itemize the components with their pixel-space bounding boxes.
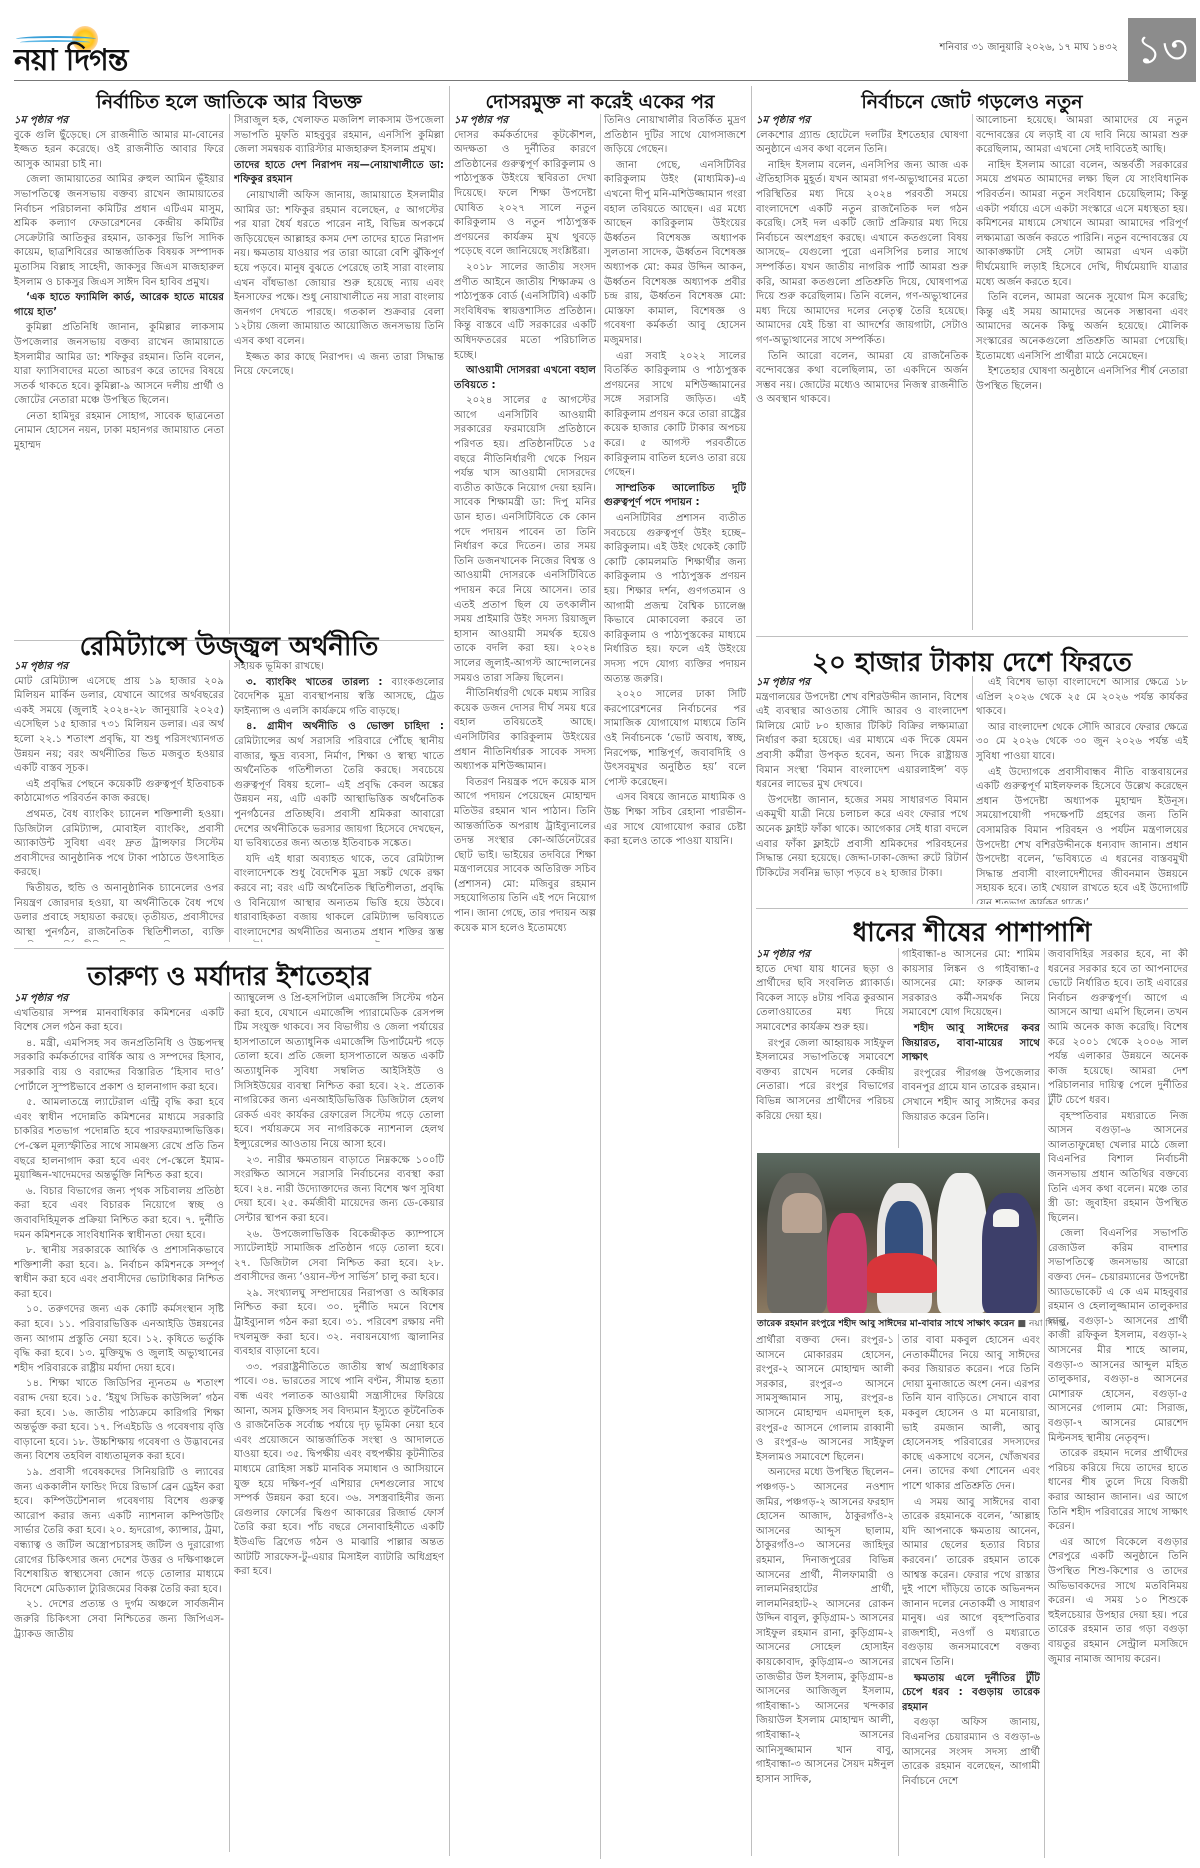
paragraph: রংপুরের পীরগঞ্জ উপজেলার বাবনপুর গ্রামে য… (902, 1067, 1040, 1125)
section-divider (14, 948, 444, 949)
paragraph: প্রার্থীরা বক্তব্য দেন। রংপুর-১ আসনে মোক… (756, 1334, 894, 1465)
paragraph: বগুড়া অফিস জানায়, বিএনপির চেয়ারম্যান … (902, 1716, 1040, 1789)
masthead-rule (14, 80, 1128, 81)
paragraph: এসব বিষয়ে জানতে মাধ্যমিক ও উচ্চ শিক্ষা … (604, 791, 746, 849)
paragraph: যদি এই ধারা অব্যাহত থাকে, তবে রেমিট্যান্… (234, 853, 444, 942)
paragraph: আর বাংলাদেশ থেকে সৌদি আরবে ফেরার ক্ষেত্র… (976, 721, 1188, 765)
caption-credit: ■ নয়া দিগন্ত (1014, 1318, 1065, 1329)
article-remittance-col2: সহায়ক ভূমিকা রাখছে। ৩. ব্যাংকিং খাতের ত… (234, 660, 444, 942)
paragraph: মোট রেমিট্যান্স এসেছে প্রায় ১৯ হাজার ২০… (14, 675, 224, 777)
paragraph: প্রথমত, বৈধ ব্যাংকিং চ্যানেল শক্তিশালী হ… (14, 808, 224, 881)
paragraph: ১০. তরুণদের জন্য এক কোটি কর্মসংস্থান সৃষ… (14, 1303, 224, 1376)
paragraph: মন্ত্রণালয়ের উপদেষ্টা শেখ বশিরউদ্দীন জা… (756, 691, 968, 793)
paragraph: এই বিশেষ ভাড়া বাংলাদেশে আসার ক্ষেত্রে ১… (976, 676, 1188, 720)
article-jote-col1: ১ম পৃষ্ঠার পর লেকশোর গ্র্যান্ড হোটেলে দল… (756, 114, 968, 630)
paragraph: তার বাবা মকবুল হোসেন এবং নেতাকর্মীদের নি… (902, 1334, 1040, 1495)
paragraph: ৮. স্থানীয় সরকারকে আর্থিক ও প্রশাসনিকভা… (14, 1244, 224, 1302)
subheading: সাম্প্রতিক আলোচিত দুটি গুরুত্বপূর্ণ পদে … (604, 482, 746, 511)
subheading: আওয়ামী দোসররা এখনো বহাল তবিয়তে : (454, 364, 596, 393)
paragraph: এ সময় আবু সাঈদের বাবা তারেক রহমানকে বলে… (902, 1496, 1040, 1671)
paragraph: এর আগে বিকেলে বগুড়ার শেরপুরে একটি অনুষ্… (1048, 1536, 1188, 1667)
continued-label: ১ম পৃষ্ঠার পর (756, 948, 894, 963)
article-doshor-col1: ১ম পৃষ্ঠার পর দোসর কর্মকর্তাদের কূটকৌশল,… (454, 114, 596, 1859)
continued-label: ১ম পৃষ্ঠার পর (14, 992, 224, 1007)
column-divider (229, 992, 230, 1852)
paragraph: নেতা হামিদুর রহমান সোহাগ, সাবেক ছাত্রনেত… (14, 410, 224, 454)
paragraph: ইশতেহার ঘোষণা অনুষ্ঠানে এনসিপির শীর্ষ নে… (976, 365, 1188, 394)
subheading: শহীদ আবু সাঈদের কবর জিয়ারত, বাবা-মায়ের… (902, 1022, 1040, 1066)
paragraph: তিনি বলেন, আমরা অনেক সুযোগ মিস করেছি; কি… (976, 291, 1188, 364)
paragraph: ২৯. সংখ্যালঘু সম্প্রদায়ের নিরাপত্তা ও অ… (234, 1287, 444, 1360)
paragraph: নোয়াখালী অফিস জানায়, জামায়াতে ইসলামীর… (234, 189, 444, 350)
paragraph: এই উদ্যোগকে প্রবাসীবান্ধব নীতি বাস্তবায়… (976, 766, 1188, 904)
paragraph: ৬. বিচার বিভাগের জন্য পৃথক সচিবালয় প্রত… (14, 1185, 224, 1243)
article-hajar20-col2: এই বিশেষ ভাড়া বাংলাদেশে আসার ক্ষেত্রে ১… (976, 676, 1188, 904)
paragraph: হাতে দেখা যায় ধানের ছড়া ও প্রার্থীদের … (756, 963, 894, 1036)
paragraph: জেলা বিএনপির সভাপতি রেজাউল করিম বাদশার স… (1048, 1227, 1188, 1446)
paragraph: ২৩. নারীর ক্ষমতায়ন বাড়াতে নিম্নকক্ষে ১… (234, 1154, 444, 1227)
newspaper-logo[interactable]: নয়া দিগন্ত (14, 22, 174, 78)
paragraph: জেলা জামায়াতের আমির রুহুল আমিন ভূঁইয়ার… (14, 173, 224, 290)
continued-label: ১ম পৃষ্ঠার পর (14, 660, 224, 675)
section-divider-vertical (751, 86, 752, 1856)
paragraph: জবাবদিহির সরকার হবে, না কী ধরনের সরকার হ… (1048, 948, 1188, 1109)
paragraph: ২০২৪ সালের ৫ আগস্টের আগে এনসিটিবি আওয়াম… (454, 394, 596, 686)
dateline: শনিবার ৩১ জানুয়ারি ২০২৬, ১৭ মাঘ ১৪৩২ (939, 40, 1118, 57)
news-photo[interactable] (757, 1153, 1040, 1313)
paragraph: সিরাজুল হক, খেলাফত মজলিশ লাকসাম উপজেলা স… (234, 114, 444, 158)
paragraph: উপদেষ্টা জানান, হজের সময় সাধারণত বিমান … (756, 794, 968, 882)
paragraph: দোসর কর্মকর্তাদের কূটকৌশল, অদক্ষতা ও দুর… (454, 129, 596, 260)
article-remittance-col1: ১ম পৃষ্ঠার পর মোট রেমিট্যান্স এসেছে প্রা… (14, 660, 224, 942)
caption-text: তারেক রহমান রংপুরে শহীদ আবু সাঈদের মা-বা… (757, 1318, 1014, 1329)
subheading: তাদের হাতে দেশ নিরাপদ নয়—নোয়াখালীতে ডা… (234, 159, 444, 188)
section-divider (756, 908, 1188, 909)
article-hajar20-col1: ১ম পৃষ্ঠার পর মন্ত্রণালয়ের উপদেষ্টা শেখ… (756, 676, 968, 904)
point-item: ৪. গ্রামীণ অর্থনীতি ও ভোক্তা চাহিদা : রে… (234, 720, 444, 851)
paragraph: আলোচনা হয়েছে। আমরা আমাদের যে নতুন বন্দো… (976, 114, 1188, 158)
paragraph: সহায়ক ভূমিকা রাখছে। (234, 660, 444, 675)
article-dhaner-col2: গাইবান্ধা-৪ আসনের মো: শামিম কায়সার লিঙ্… (902, 948, 1040, 1148)
paragraph: তিনিও নোয়াখালীর বিতর্কিত মুদ্রণ প্রতিষ্… (604, 114, 746, 158)
paragraph: এনসিটিবির প্রশাসন ব্যতীত সবচেয়ে গুরুত্ব… (604, 512, 746, 687)
column-divider (972, 114, 973, 630)
section-divider-vertical (449, 86, 450, 1856)
paragraph: তিনি আরো বলেন, আমরা যে রাজনৈতিক বন্দোবস্… (756, 350, 968, 408)
continued-label: ১ম পৃষ্ঠার পর (756, 676, 968, 691)
column-divider (898, 1334, 899, 1856)
paragraph: এই প্রবৃদ্ধির পেছনে কয়েকটি গুরুত্বপূর্ণ… (14, 778, 224, 807)
article-dhaner-col3: জবাবদিহির সরকার হবে, না কী ধরনের সরকার হ… (1048, 948, 1188, 1858)
page-number-badge: ১৩ (1128, 18, 1196, 82)
article-manifesto-col1: ১ম পৃষ্ঠার পর এখতিয়ার সম্পন্ন মানবাধিকা… (14, 992, 224, 1852)
paragraph: ৪. মন্ত্রী, এমপিসহ সব জনপ্রতিনিধি ও উচ্চ… (14, 1037, 224, 1095)
point-label: ৩. ব্যাংকিং খাতের তারল্য : (246, 677, 382, 688)
paragraph: ইজ্জত কার কাছে নিরাপদ। এ জন্য তারা সিদ্ধ… (234, 351, 444, 380)
paragraph: এরা সবাই ২০২২ সালের বিতর্কিত কারিকুলাম ও… (604, 350, 746, 481)
subheading: ‘এক হাতে ফ্যামিলি কার্ড, আরেক হাতে মায়ে… (14, 291, 224, 320)
article-jatike-col2: সিরাজুল হক, খেলাফত মজলিশ লাকসাম উপজেলা স… (234, 114, 444, 634)
continued-label: ১ম পৃষ্ঠার পর (756, 114, 968, 129)
masthead: নয়া দিগন্ত শনিবার ৩১ জানুয়ারি ২০২৬, ১৭… (0, 0, 1200, 80)
paragraph: জানা গেছে, এনসিটিবির কারিকুলাম উইং (মাধ্… (604, 159, 746, 349)
column-divider (600, 114, 601, 1859)
paragraph: গাইবান্ধা-৪ আসনের মো: শামিম কায়সার লিঙ্… (902, 948, 1040, 1021)
column-divider (898, 948, 899, 1148)
paragraph: দ্বিতীয়ত, হুন্ডি ও অনানুষ্ঠানিক চ্যানেল… (14, 882, 224, 942)
subheading: ক্ষমতায় এলে দুর্নীতির টুঁটি চেপে ধরব : … (902, 1672, 1040, 1716)
article-doshor-col2: তিনিও নোয়াখালীর বিতর্কিত মুদ্রণ প্রতিষ্… (604, 114, 746, 1859)
paragraph: নাহিদ ইসলাম আরো বলেন, অন্তর্বর্তী সরকারে… (976, 159, 1188, 290)
article-dhaner-col1-b: প্রার্থীরা বক্তব্য দেন। রংপুর-১ আসনে মোক… (756, 1334, 894, 1856)
article-jatike-col1: ১ম পৃষ্ঠার পর বুকে গুলি ছুঁড়েছে। সে রাজ… (14, 114, 224, 634)
continued-label: ১ম পৃষ্ঠার পর (454, 114, 596, 129)
paragraph: অ্যাম্বুলেন্স ও প্রি-হসপিটাল এমার্জেন্সি… (234, 992, 444, 1153)
paragraph: তারেক রহমান দলের প্রার্থীদের পরিচয় করিয… (1048, 1447, 1188, 1535)
point-label: ৪. গ্রামীণ অর্থনীতি ও ভোক্তা চাহিদা : (246, 721, 444, 732)
paragraph: নাহিদ ইসলাম বলেন, এনসিপির জন্য আজ এক ঐতি… (756, 159, 968, 349)
section-divider (756, 636, 1188, 637)
column-divider (229, 114, 230, 634)
column-divider (972, 676, 973, 904)
paragraph: ২০২০ সালের ঢাকা সিটি করপোরেশনের নির্বাচন… (604, 688, 746, 790)
article-dhaner-col2-b: তার বাবা মকবুল হোসেন এবং নেতাকর্মীদের নি… (902, 1334, 1040, 1856)
continued-label: ১ম পৃষ্ঠার পর (14, 114, 224, 129)
paragraph: ২১. দেশের প্রত্যন্ত ও দুর্গম অঞ্চলে সার্… (14, 1598, 224, 1642)
photo-caption: তারেক রহমান রংপুরে শহীদ আবু সাঈদের মা-বা… (757, 1316, 1047, 1331)
paragraph: ১৯. প্রবাসী গবেষকদের সিনিয়রিটি ও ল্যাবে… (14, 1466, 224, 1597)
paragraph: বুকে গুলি ছুঁড়েছে। সে রাজনীতি আমার মা-ব… (14, 129, 224, 173)
paragraph: লেকশোর গ্র্যান্ড হোটেলে দলটির ইশতেহার ঘো… (756, 129, 968, 158)
paragraph: ৫. আমলাতন্ত্রে ল্যাটেরাল এন্ট্রি বৃদ্ধি … (14, 1096, 224, 1184)
point-item: ৩. ব্যাংকিং খাতের তারল্য : ব্যাংকগুলোর ব… (234, 676, 444, 720)
paragraph: বৃহস্পতিবার মধ্যরাতে নিজ আসন বগুড়া-৬ আস… (1048, 1110, 1188, 1227)
column-divider (229, 660, 230, 942)
paragraph: ২৬. উপজেলাভিত্তিক বিকেন্দ্রীকৃত ক্যাম্পা… (234, 1228, 444, 1286)
paragraph: ২০১৮ সালের জাতীয় সংসদ প্রণীত আইনে জাতীয… (454, 261, 596, 363)
article-jote-col2: আলোচনা হয়েছে। আমরা আমাদের যে নতুন বন্দো… (976, 114, 1188, 630)
paragraph: ৩৩. পররাষ্ট্রনীতিতে জাতীয় স্বার্থ অগ্রা… (234, 1361, 444, 1580)
paragraph: কুমিল্লা প্রতিনিধি জানান, কুমিল্লার লাকস… (14, 321, 224, 409)
point-text: রেমিট্যান্সের অর্থ সরাসরি পরিবারে পৌঁছে … (234, 736, 444, 849)
paragraph: নীতিনির্ধারণী থেকে মধ্যম সারির কয়েক ডজন… (454, 687, 596, 775)
paragraph: বিতরণ নিয়ন্ত্রক পদে কয়েক মাস আগে পদায়… (454, 776, 596, 937)
paragraph: ১৪. শিক্ষা খাতে জিডিপির ন্যূনতম ৬ শতাংশ … (14, 1377, 224, 1465)
article-dhaner-col1: ১ম পৃষ্ঠার পর হাতে দেখা যায় ধানের ছড়া … (756, 948, 894, 1148)
paragraph: অন্যদের মধ্যে উপস্থিত ছিলেন– পঞ্চগড়-১ আ… (756, 1466, 894, 1787)
paragraph: এখতিয়ার সম্পন্ন মানবাধিকার কমিশনের একটি… (14, 1007, 224, 1036)
paragraph: রংপুর জেলা আহ্বায়ক সাইফুল ইসলামের সভাপত… (756, 1037, 894, 1125)
article-manifesto-col2: অ্যাম্বুলেন্স ও প্রি-হসপিটাল এমার্জেন্সি… (234, 992, 444, 1852)
column-divider (1044, 948, 1045, 1858)
